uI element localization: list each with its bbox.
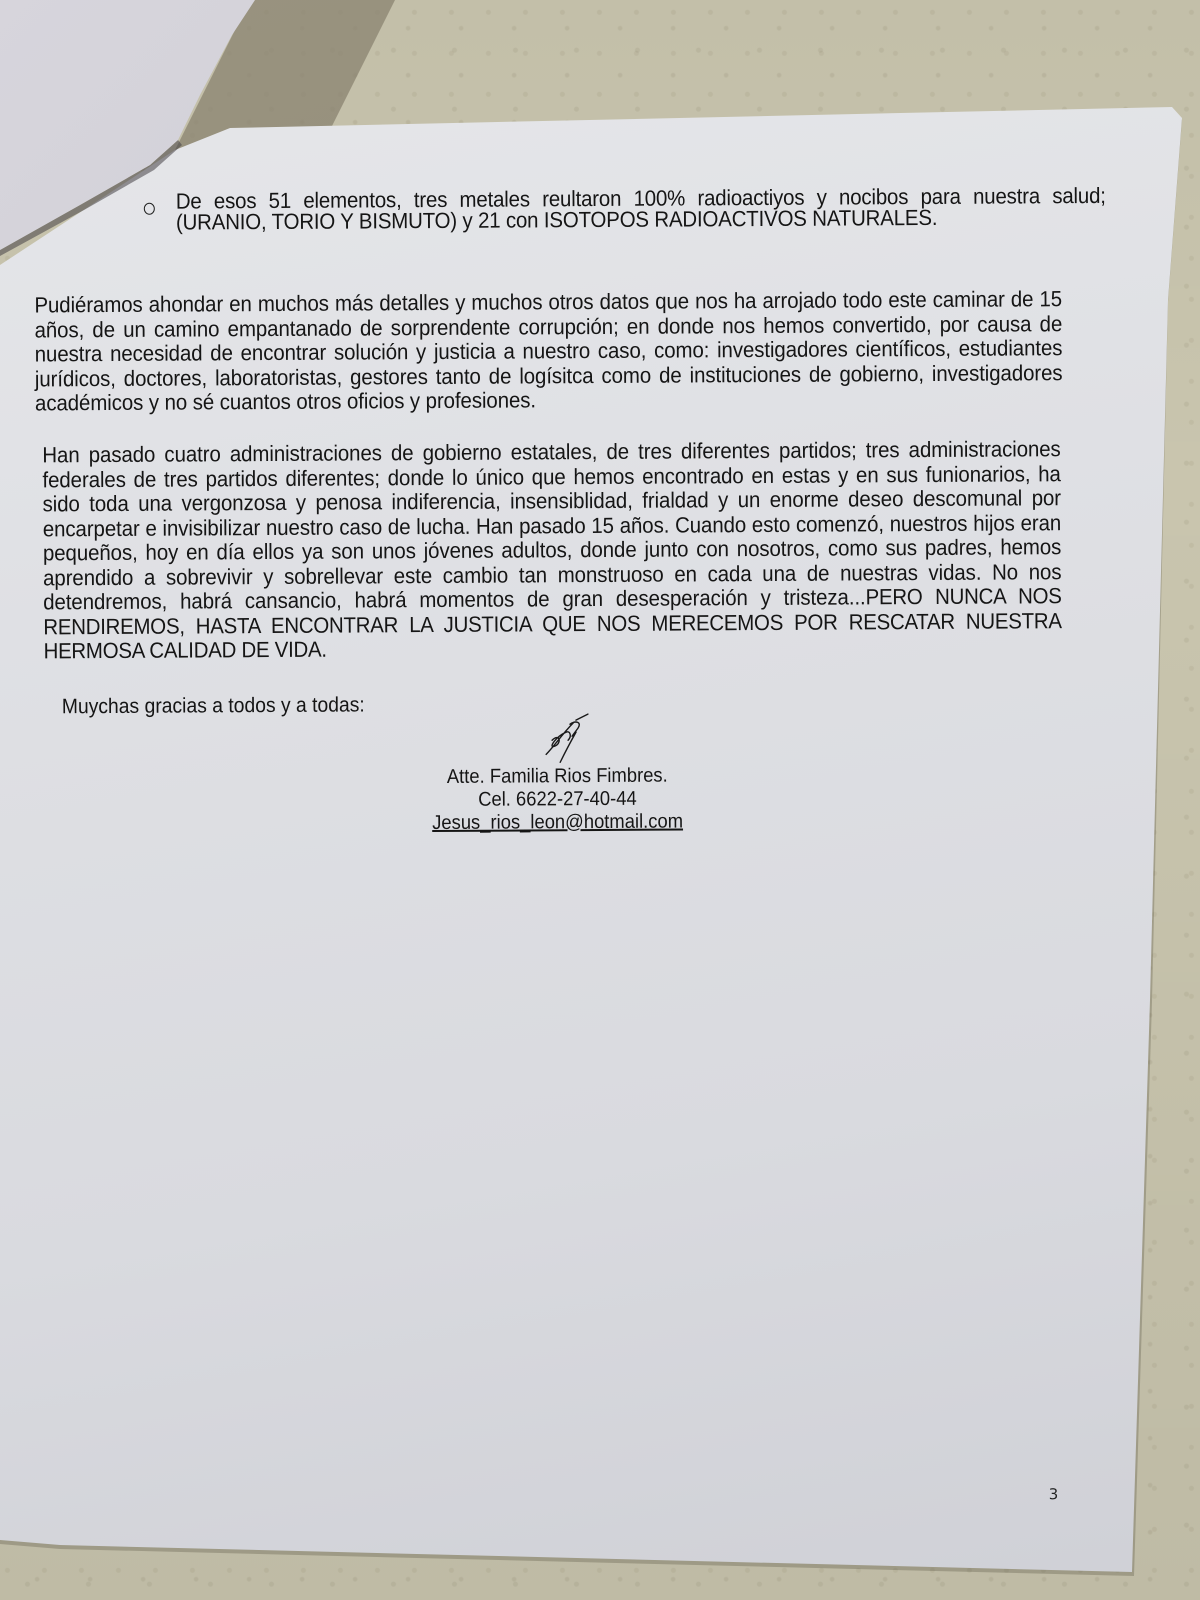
signature-block: Atte. Familia Rios Fimbres. Cel. 6622-27… xyxy=(419,764,695,835)
bullet-text: De esos 51 elementos, tres metales reult… xyxy=(176,185,1106,233)
sender-name: Atte. Familia Rios Fimbres. xyxy=(419,764,695,789)
hollow-circle-bullet-icon xyxy=(144,203,155,215)
handwritten-signature-icon xyxy=(532,710,602,770)
paragraph-administrations: Han pasado cuatro administraciones de go… xyxy=(42,437,1062,664)
page-number: 3 xyxy=(1049,1485,1059,1503)
bullet-item: De esos 51 elementos, tres metales reult… xyxy=(144,185,1079,233)
closing-line: Muychas gracias a todos y a todas: xyxy=(62,693,365,719)
document-content: De esos 51 elementos, tres metales reult… xyxy=(0,0,1200,1600)
paragraph-investigation: Pudiéramos ahondar en muchos más detalle… xyxy=(34,287,1062,416)
email-link[interactable]: Jesus_rios_leon@hotmail.com xyxy=(420,810,696,835)
phone-number: Cel. 6622-27-40-44 xyxy=(419,787,695,812)
